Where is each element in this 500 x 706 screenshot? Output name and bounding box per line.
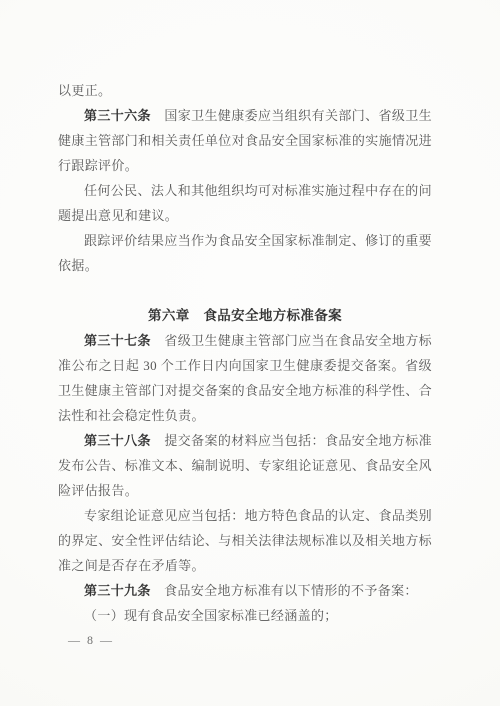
page-number: — 8 —: [68, 628, 114, 653]
paragraph-public-opinions: 任何公民、法人和其他组织均可对标准实施过程中存在的问题提出意见和建议。: [58, 178, 432, 228]
document-body: 以更正。 第三十六条 国家卫生健康委应当组织有关部门、省级卫生健康主管部门和相关…: [58, 78, 432, 628]
paragraph-article-37: 第三十七条 省级卫生健康主管部门应当在食品安全地方标准公布之日起 30 个工作日…: [58, 328, 432, 428]
paragraph-article-36: 第三十六条 国家卫生健康委应当组织有关部门、省级卫生健康主管部门和相关责任单位对…: [58, 103, 432, 178]
article-39-text: 食品安全地方标准有以下情形的不予备案：: [151, 583, 418, 598]
list-item-one: （一）现有食品安全国家标准已经涵盖的；: [58, 603, 432, 628]
paragraph-continuation: 以更正。: [58, 78, 432, 103]
article-38-term: 第三十八条: [84, 433, 151, 448]
chapter-heading: 第六章 食品安全地方标准备案: [58, 303, 432, 328]
paragraph-article-39: 第三十九条 食品安全地方标准有以下情形的不予备案：: [58, 578, 432, 603]
article-36-term: 第三十六条: [84, 108, 151, 123]
paragraph-expert-opinion: 专家组论证意见应当包括：地方特色食品的认定、食品类别的界定、安全性评估结论、与相…: [58, 503, 432, 578]
article-37-term: 第三十七条: [84, 333, 151, 348]
paragraph-tracking-result: 跟踪评价结果应当作为食品安全国家标准制定、修订的重要依据。: [58, 228, 432, 278]
document-page: 以更正。 第三十六条 国家卫生健康委应当组织有关部门、省级卫生健康主管部门和相关…: [0, 0, 500, 706]
paragraph-article-38: 第三十八条 提交备案的材料应当包括：食品安全地方标准发布公告、标准文本、编制说明…: [58, 428, 432, 503]
article-39-term: 第三十九条: [84, 583, 151, 598]
